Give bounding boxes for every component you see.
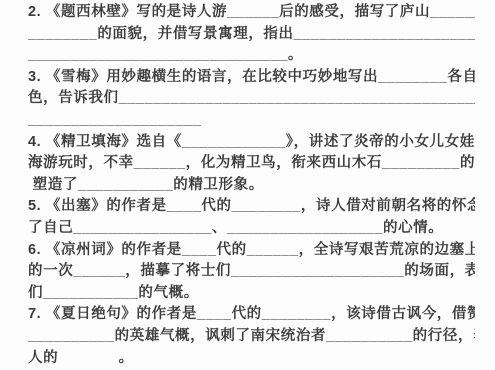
worksheet-page: 2. 《题西林壁》写的是诗人游______后的感受，描写了庐山________、…: [0, 0, 495, 370]
question-5-line-2: 了自己________________、__________________的心…: [28, 218, 475, 240]
question-6-line-2: 的一次______，描摹了将士们____________________的场面，…: [28, 261, 475, 283]
question-5: 5. 《出塞》的作者是____代的________，诗人借对前朝名将的怀念，表达…: [28, 196, 475, 239]
question-7: 7. 《夏日绝句》的作者是____代的________，该诗借古讽今，借赞颂项羽…: [28, 304, 475, 369]
question-4-line-1: 4. 《精卫填海》选自《____________》，讲述了炎帝的小女儿女娃去东: [28, 132, 475, 154]
question-7-line-1: 7. 《夏日绝句》的作者是____代的________，该诗借古讽今，借赞颂项羽: [28, 304, 475, 326]
question-4-line-3: 塑造了___________的精卫形象。: [28, 175, 475, 197]
question-6: 6. 《凉州词》的作者是____代的______，全诗写艰苦荒凉的边塞上出征前 …: [28, 240, 475, 305]
question-3-line-2: 色，告诉我们__________________________________…: [28, 88, 475, 110]
question-2-line-3: ______________________________。: [28, 45, 475, 67]
question-4-line-2: 海游玩时，不幸______，化为精卫鸟，衔来西山木石_________的故事，: [28, 153, 475, 175]
question-7-line-3: 人的 。: [28, 348, 475, 370]
question-2: 2. 《题西林壁》写的是诗人游______后的感受，描写了庐山________、…: [28, 2, 475, 67]
question-7-line-2: __________的英雄气概，讽刺了南宋统治者__________的行径，表现…: [28, 326, 475, 348]
question-3: 3. 《雪梅》用妙趣横生的语言，在比较中巧妙地写出________各自的特 色，…: [28, 67, 475, 132]
question-6-line-1: 6. 《凉州词》的作者是____代的______，全诗写艰苦荒凉的边塞上出征前: [28, 240, 475, 262]
question-5-line-1: 5. 《出塞》的作者是____代的________，诗人借对前朝名将的怀念，表达: [28, 196, 475, 218]
question-3-line-1: 3. 《雪梅》用妙趣横生的语言，在比较中巧妙地写出________各自的特: [28, 67, 475, 89]
question-4: 4. 《精卫填海》选自《____________》，讲述了炎帝的小女儿女娃去东 …: [28, 132, 475, 197]
question-3-line-3: ____________________: [28, 110, 475, 132]
question-2-line-1: 2. 《题西林壁》写的是诗人游______后的感受，描写了庐山________、: [28, 2, 475, 24]
question-6-line-3: 们___________的气概。: [28, 283, 475, 305]
question-2-line-2: ________的面貌，并借写景寓理，指出___________________…: [28, 24, 475, 46]
